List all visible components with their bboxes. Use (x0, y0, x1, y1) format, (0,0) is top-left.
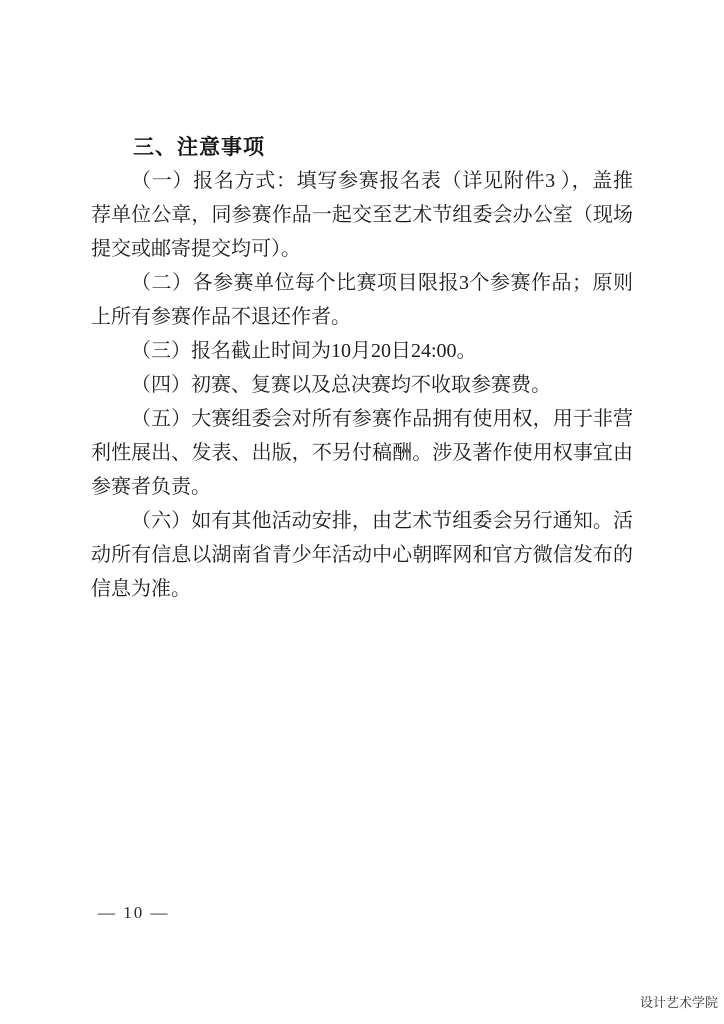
watermark: 设计艺术学院 (640, 992, 718, 1011)
paragraph-usage-rights: （五）大赛组委会对所有参赛作品拥有使用权，用于非营利性展出、发表、出版，不另付稿… (91, 402, 633, 504)
paragraph-entry-limit: （二）各参赛单位每个比赛项目限报3个参赛作品；原则上所有参赛作品不退还作者。 (91, 266, 633, 334)
section-heading: 三、注意事项 (91, 130, 633, 164)
paragraph-deadline: （三）报名截止时间为10月20日24:00。 (91, 334, 633, 368)
page-number: — 10 — (98, 903, 170, 923)
paragraph-other-arrangements: （六）如有其他活动安排，由艺术节组委会另行通知。活动所有信息以湖南省青少年活动中… (91, 504, 633, 606)
notice-section: 三、注意事项 （一）报名方式：填写参赛报名表（详见附件3 ），盖推荐单位公章，同… (91, 130, 633, 606)
paragraph-registration-method: （一）报名方式：填写参赛报名表（详见附件3 ），盖推荐单位公章，同参赛作品一起交… (91, 164, 633, 266)
paragraph-no-fee: （四）初赛、复赛以及总决赛均不收取参赛费。 (91, 368, 633, 402)
document-page: 三、注意事项 （一）报名方式：填写参赛报名表（详见附件3 ），盖推荐单位公章，同… (0, 0, 724, 1024)
